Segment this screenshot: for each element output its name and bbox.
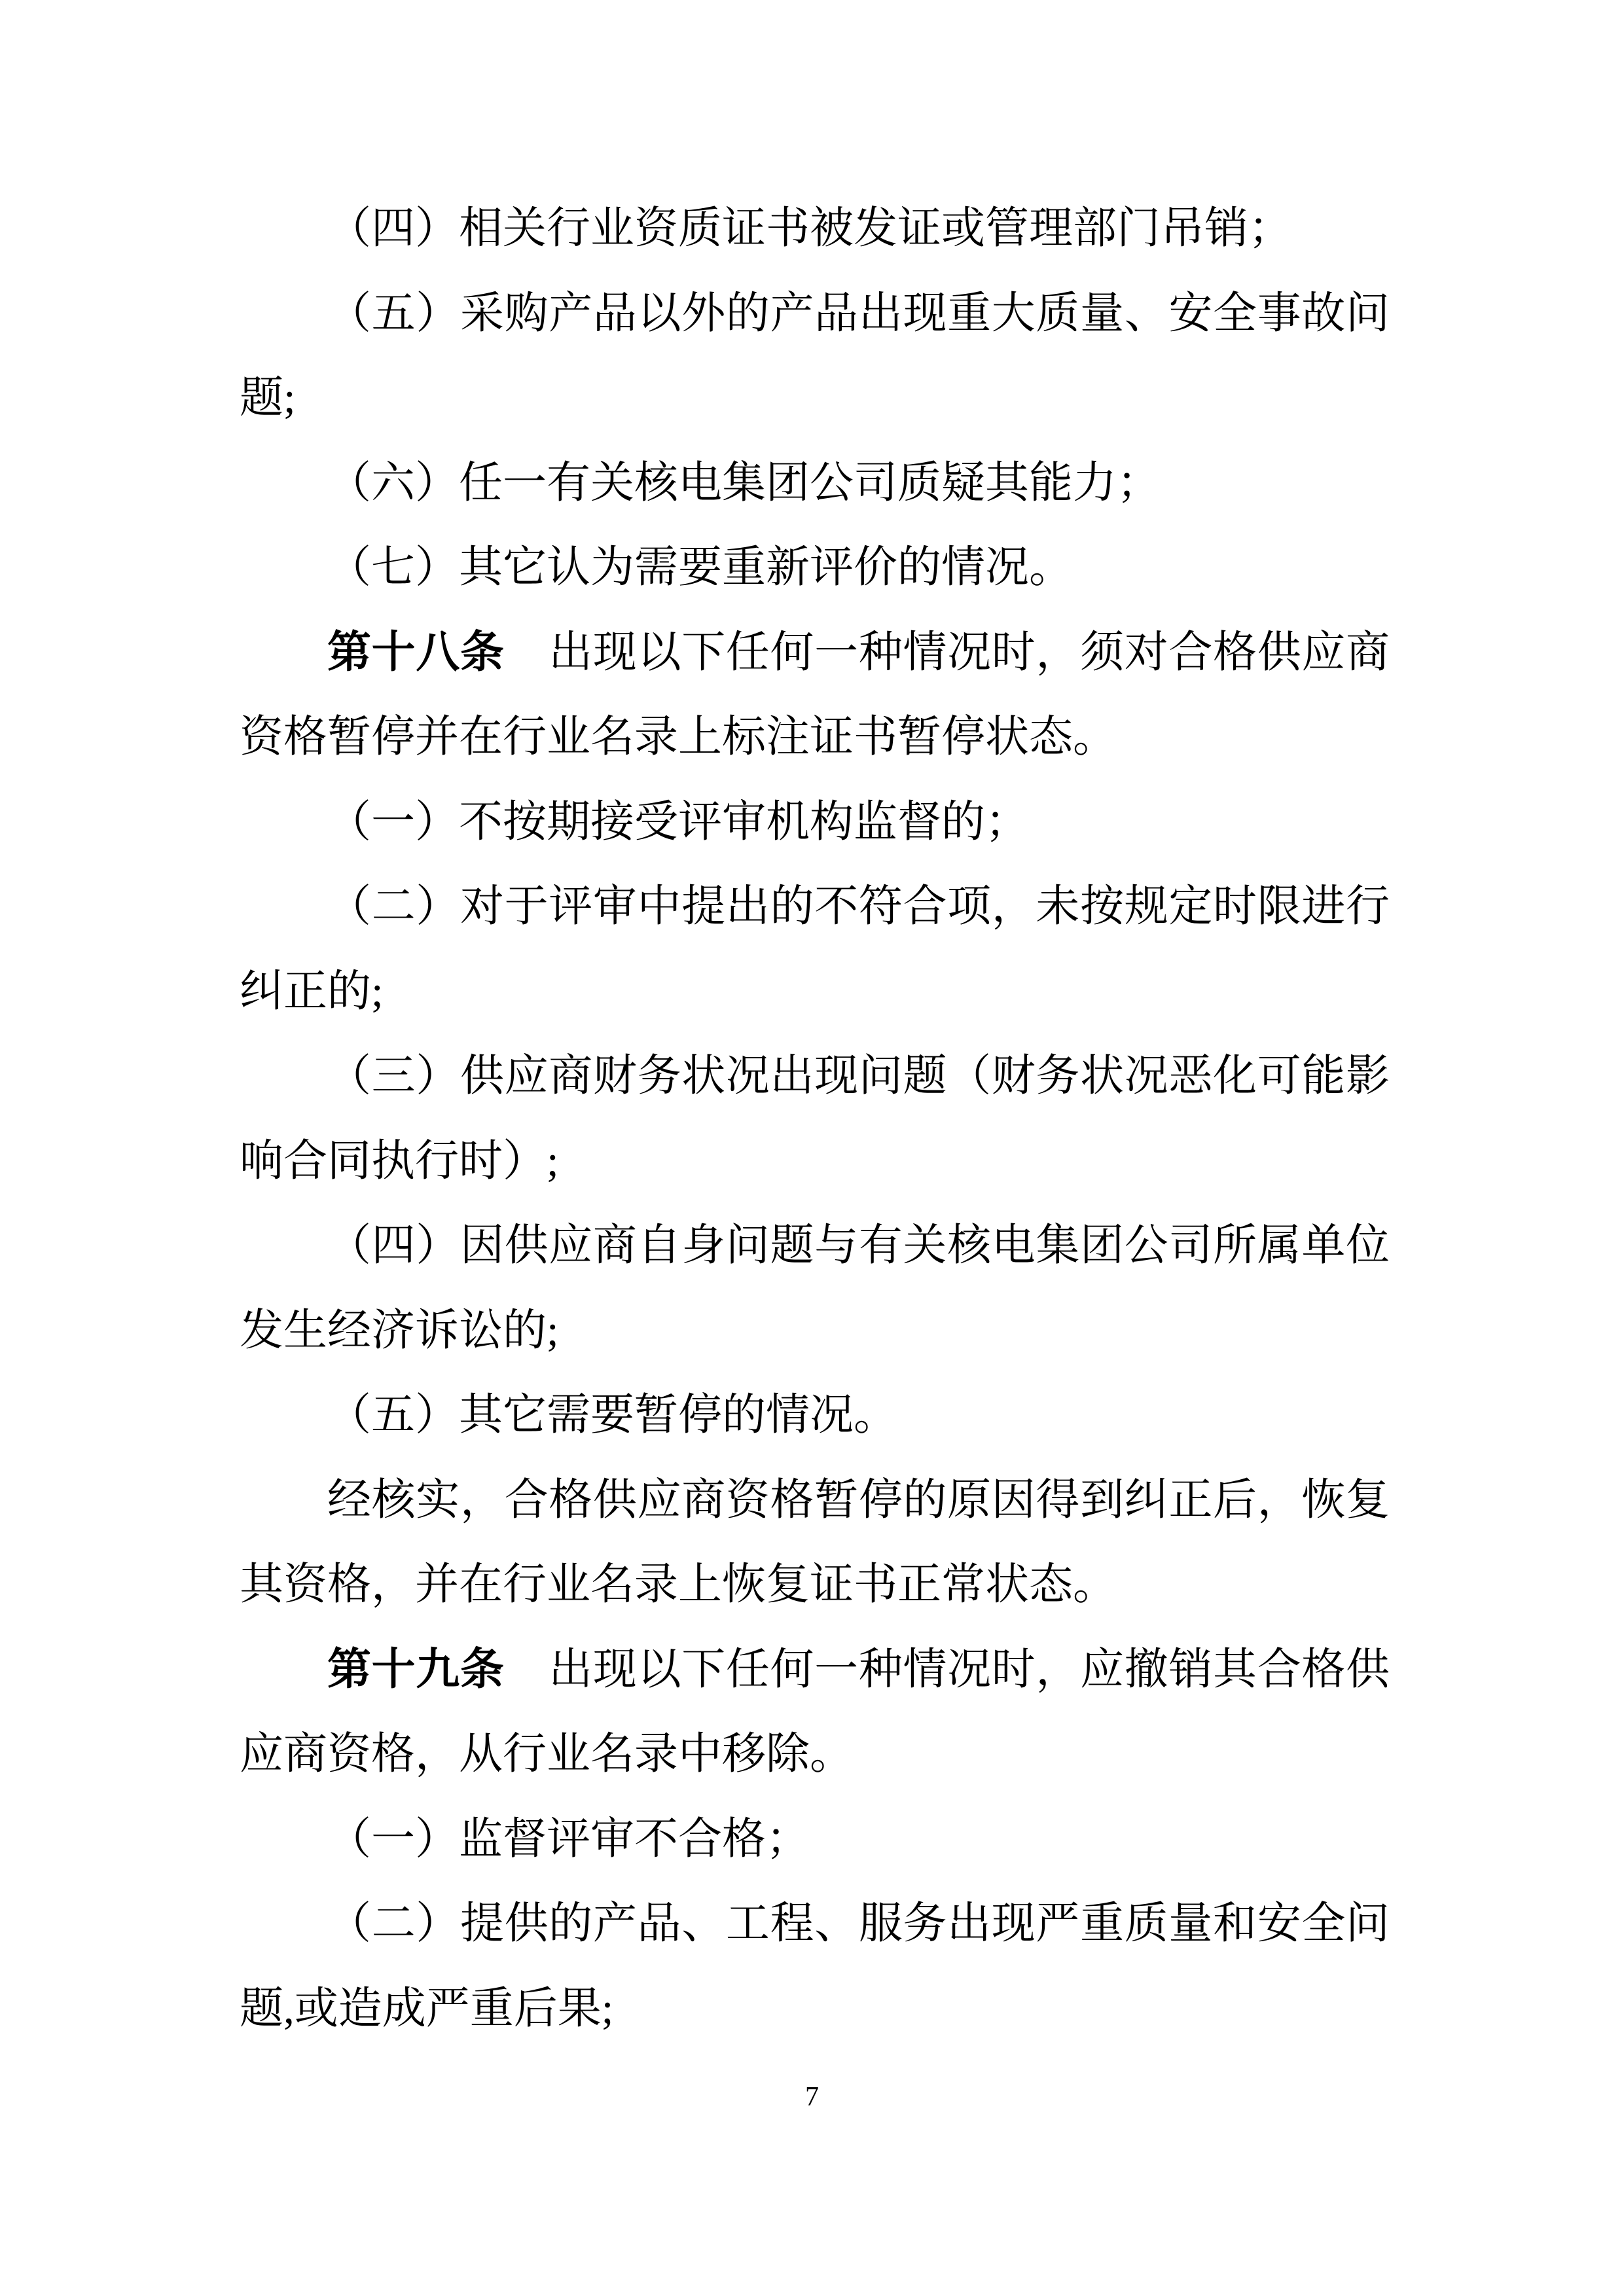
text-block: （四）相关行业资质证书被发证或管理部门吊销； （五）采购产品以外的产品出现重大质… bbox=[240, 187, 1390, 2051]
text-line: 应商资格，从行业名录中移除。 bbox=[240, 1712, 1390, 1797]
text-line: 题,或造成严重后果; bbox=[240, 1967, 1390, 2052]
article-text: 出现以下任何一种情况时，须对合格供应商 bbox=[505, 628, 1390, 677]
text-line: 第十八条 出现以下任何一种情况时，须对合格供应商 bbox=[240, 611, 1390, 696]
text-line: （三）供应商财务状况出现问题（财务状况恶化可能影 bbox=[240, 1034, 1390, 1119]
text-line: （四）因供应商自身问题与有关核电集团公司所属单位 bbox=[240, 1204, 1390, 1289]
article-text: 出现以下任何一种情况时，应撤销其合格供 bbox=[505, 1645, 1390, 1694]
text-line: （二）提供的产品、工程、服务出现严重质量和安全问 bbox=[240, 1882, 1390, 1967]
text-line: 其资格，并在行业名录上恢复证书正常状态。 bbox=[240, 1543, 1390, 1628]
text-line: （七）其它认为需要重新评价的情况。 bbox=[240, 526, 1390, 611]
text-line: 经核实，合格供应商资格暂停的原因得到纠正后，恢复 bbox=[240, 1458, 1390, 1543]
document-page: （四）相关行业资质证书被发证或管理部门吊销； （五）采购产品以外的产品出现重大质… bbox=[0, 0, 1624, 2296]
text-line: 资格暂停并在行业名录上标注证书暂停状态。 bbox=[240, 695, 1390, 780]
text-line: （一）监督评审不合格； bbox=[240, 1797, 1390, 1882]
article-number: 第十八条 bbox=[327, 628, 505, 677]
text-line: 第十九条 出现以下任何一种情况时，应撤销其合格供 bbox=[240, 1628, 1390, 1713]
text-line: （一）不按期接受评审机构监督的； bbox=[240, 780, 1390, 865]
page-number: 7 bbox=[0, 2081, 1624, 2113]
text-line: （四）相关行业资质证书被发证或管理部门吊销； bbox=[240, 187, 1390, 272]
text-line: 响合同执行时）; bbox=[240, 1119, 1390, 1204]
text-line: 纠正的; bbox=[240, 950, 1390, 1035]
text-line: 题; bbox=[240, 356, 1390, 441]
text-line: （五）采购产品以外的产品出现重大质量、安全事故问 bbox=[240, 272, 1390, 357]
text-line: （二）对于评审中提出的不符合项，未按规定时限进行 bbox=[240, 865, 1390, 950]
article-number: 第十九条 bbox=[327, 1645, 505, 1694]
text-line: 发生经济诉讼的; bbox=[240, 1289, 1390, 1374]
text-line: （六）任一有关核电集团公司质疑其能力； bbox=[240, 441, 1390, 526]
text-line: （五）其它需要暂停的情况。 bbox=[240, 1373, 1390, 1458]
